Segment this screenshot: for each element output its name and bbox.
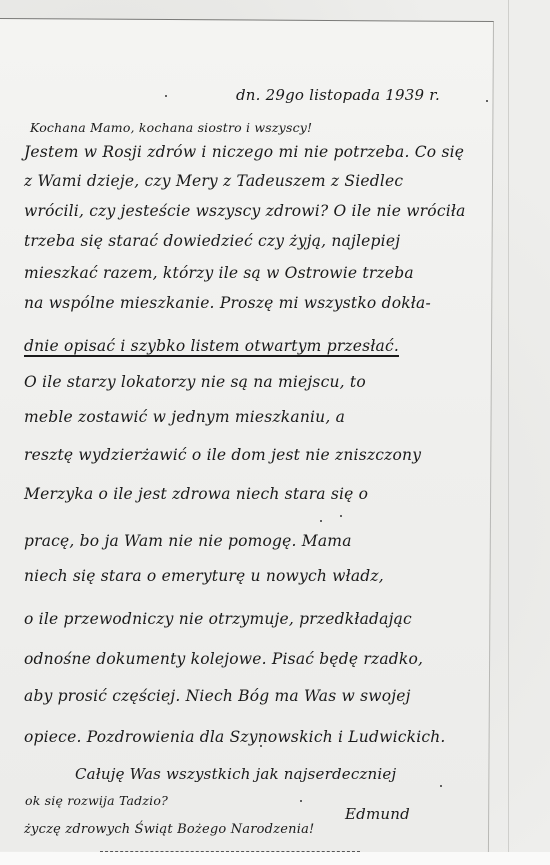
body-line-12: pracę, bo ja Wam nie nie pomogę. Mama (24, 532, 352, 550)
ink-speck (260, 745, 262, 747)
body-line-8: O ile starzy lokatorzy nie są na miejscu… (24, 373, 366, 391)
body-line-10: resztę wydzierżawić o ile dom jest nie z… (24, 446, 421, 464)
date-line: dn. 29go listopada 1939 r. (236, 86, 440, 104)
body-line-15: odnośne dokumenty kolejowe. Pisać będę r… (24, 650, 423, 668)
body-line-17: opiece. Pozdrowienia dla Szynowskich i L… (24, 728, 446, 746)
body-line-4: trzeba się starać dowiedzieć czy żyją, n… (24, 232, 400, 250)
ink-speck (486, 100, 488, 102)
body-line-16: aby prosić częściej. Niech Bóg ma Was w … (24, 687, 411, 705)
body-line-14: o ile przewodniczy nie otrzymuje, przedk… (24, 610, 412, 628)
postscript-2: życzę zdrowych Świąt Bożego Narodzenia! (24, 822, 314, 837)
body-line-11: Merzyka o ile jest zdrowa niech stara si… (24, 485, 368, 503)
ink-speck (300, 800, 302, 802)
postscript-1: ok się rozwija Tadzio? (25, 793, 168, 808)
ink-speck (165, 95, 167, 97)
body-line-13: niech się stara o emeryturę u nowych wła… (24, 567, 384, 585)
signature: Edmund (345, 805, 410, 823)
body-line-2: z Wami dzieje, czy Mery z Tadeuszem z Si… (24, 172, 403, 190)
scan-bottom-margin (0, 852, 550, 865)
ink-speck (320, 520, 322, 522)
body-line-3: wrócili, czy jesteście wszyscy zdrowi? O… (24, 202, 466, 220)
scanner-edge (508, 0, 509, 865)
salutation: Kochana Mamo, kochana siostro i wszyscy! (30, 120, 312, 135)
ink-speck (340, 515, 342, 517)
body-line-5: mieszkać razem, którzy ile są w Ostrowie… (24, 264, 414, 282)
body-line-9: meble zostawić w jednym mieszkaniu, a (24, 408, 345, 426)
body-line-1: Jestem w Rosji zdrów i niczego mi nie po… (24, 143, 464, 161)
closing-line: Całuję Was wszystkich jak najserdeczniej (75, 765, 396, 783)
ink-speck (440, 785, 442, 787)
body-line-7: dnie opisać i szybko listem otwartym prz… (24, 337, 399, 355)
body-line-6: na wspólne mieszkanie. Proszę mi wszystk… (24, 294, 431, 312)
